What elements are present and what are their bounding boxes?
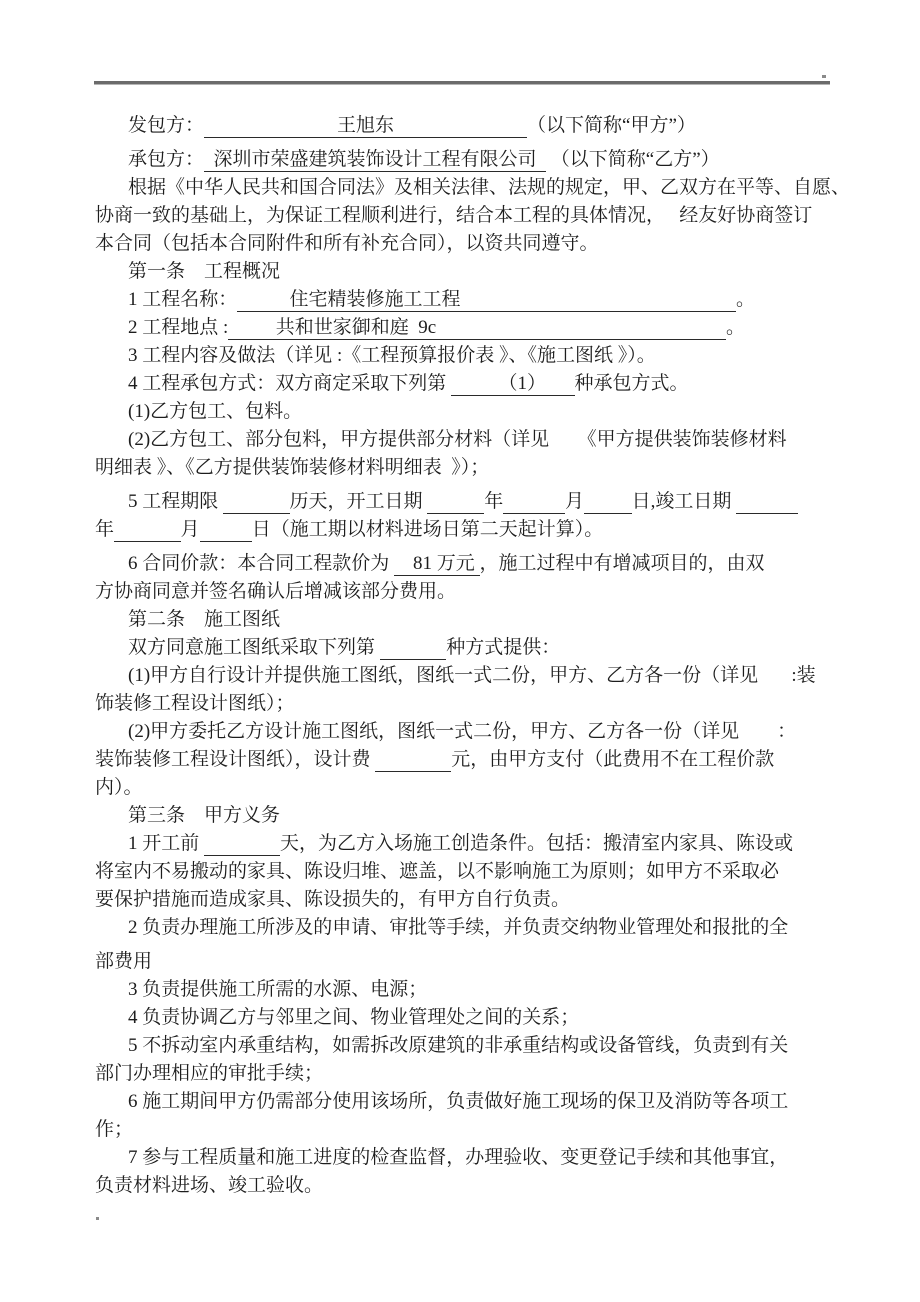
text-run: 4 负责协调乙方与邻里之间、物业管理处之间的关系； (128, 1007, 579, 1028)
underlined-field: 81 万元 (394, 553, 480, 576)
text-line: 方协商同意并签名确认后增减该部分费用。 (95, 578, 885, 606)
text-line: 根据《中华人民共和国合同法》及相关法律、法规的规定，甲、乙双方在平等、自愿、 (95, 174, 885, 202)
text-line: 发包方： 王旭东 （以下简称“甲方”） (95, 112, 885, 140)
text-line: (2)甲方委托乙方设计施工图纸，图纸一式二份，甲方、乙方各一份（详见 ： (95, 718, 885, 746)
text-line: 1 开工前 天，为乙方入场施工创造条件。包括：搬清室内家具、陈设或 (95, 830, 885, 858)
text-run: 月 (565, 491, 584, 512)
underlined-field (584, 491, 632, 514)
text-run: 将室内不易搬动的家具、陈设归堆、遮盖，以不影响施工为原则；如甲方不采取必 (95, 861, 779, 882)
text-run: 第二条 施工图纸 (128, 609, 280, 630)
text-run: (2)乙方包工、部分包料，甲方提供部分材料（详见 《甲方提供装饰装修材料 (128, 429, 787, 450)
underlined-field: 共和世家御和庭 9c (228, 317, 726, 340)
text-line: 内）。 (95, 774, 885, 802)
text-run: 月 (181, 519, 200, 540)
text-line: 部费用 (95, 948, 885, 976)
text-run: 5 工程期限 (128, 491, 223, 512)
underlined-field (375, 749, 451, 772)
text-run: 2 负责办理施工所涉及的申请、审批等手续，并负责交纳物业管理处和报批的全 (128, 917, 788, 938)
text-line: 2 工程地点 : 共和世家御和庭 9c 。 (95, 314, 885, 342)
text-line: 协商一致的基础上，为保证工程顺利进行，结合本工程的具体情况， 经友好协商签订 (95, 202, 885, 230)
text-line: 部门办理相应的审批手续； (95, 1060, 885, 1088)
text-run: 。 (726, 317, 745, 338)
text-run: (1)甲方自行设计并提供施工图纸，图纸一式二份，甲方、乙方各一份（详见 :装 (128, 665, 816, 686)
underlined-field: 住宅精装修施工工程 (237, 289, 736, 312)
text-run: 承包方： (128, 149, 204, 170)
text-run: 种承包方式。 (575, 373, 689, 394)
text-run: 2 工程地点 : (128, 317, 228, 338)
text-run: 第一条 工程概况 (128, 261, 280, 282)
text-line: 将室内不易搬动的家具、陈设归堆、遮盖，以不影响施工为原则；如甲方不采取必 (95, 858, 885, 886)
text-line: 第三条 甲方义务 (95, 802, 885, 830)
text-line: 作； (95, 1116, 885, 1144)
text-line: 要保护措施而造成家具、陈设损失的，有甲方自行负责。 (95, 886, 885, 914)
text-run: 元，由甲方支付（此费用不在工程价款 (451, 749, 774, 770)
text-run: 3 负责提供施工所需的水源、电源； (128, 979, 427, 1000)
text-run: 双方同意施工图纸采取下列第 (128, 637, 380, 658)
text-line: 4 工程承包方式：双方商定采取下列第 （1） 种承包方式。 (95, 370, 885, 398)
underlined-field: 深圳市荣盛建筑装饰设计工程有限公司 (204, 149, 546, 172)
text-line: 本合同（包括本合同附件和所有补充合同），以资共同遵守。 (95, 230, 885, 258)
text-line: 明细表 》、《乙方提供装饰装修材料明细表 》）； (95, 454, 885, 482)
text-line: 6 施工期间甲方仍需部分使用该场所，负责做好施工现场的保卫及消防等各项工 (95, 1088, 885, 1116)
text-run: 7 参与工程质量和施工进度的检查监督，办理验收、变更登记手续和其他事宜， (128, 1147, 788, 1168)
text-run: ，施工过程中有增减项目的，由双 (480, 553, 765, 574)
text-run: 4 工程承包方式：双方商定采取下列第 (128, 373, 451, 394)
contract-document-page: 发包方： 王旭东 （以下简称“甲方”）承包方： 深圳市荣盛建筑装饰设计工程有限公… (0, 0, 920, 1302)
text-run: 发包方： (128, 115, 204, 136)
text-line: 7 参与工程质量和施工进度的检查监督，办理验收、变更登记手续和其他事宜， (95, 1144, 885, 1172)
text-run: 本合同（包括本合同附件和所有补充合同），以资共同遵守。 (95, 233, 599, 254)
text-line: 年 月 日（施工期以材料进场日第二天起计算）。 (95, 516, 885, 544)
text-line: 负责材料进场、竣工验收。 (95, 1172, 885, 1200)
text-line: 双方同意施工图纸采取下列第 种方式提供： (95, 634, 885, 662)
underlined-field (223, 491, 290, 514)
text-run: 装饰装修工程设计图纸），设计费 (95, 749, 375, 770)
text-run: （以下简称“乙方”） (546, 149, 720, 170)
underlined-field (200, 519, 252, 542)
underlined-field (204, 833, 280, 856)
text-run: 方协商同意并签名确认后增减该部分费用。 (95, 581, 456, 602)
underlined-field (380, 637, 447, 660)
text-run: 历天，开工日期 (290, 491, 428, 512)
text-run: 5 不拆动室内承重结构，如需拆改原建筑的非承重结构或设备管线，负责到有关 (128, 1035, 788, 1056)
contract-body: 发包方： 王旭东 （以下简称“甲方”）承包方： 深圳市荣盛建筑装饰设计工程有限公… (95, 112, 885, 1200)
text-run: 负责材料进场、竣工验收。 (95, 1175, 323, 1196)
text-run: 6 合同价款：本合同工程款价为 (128, 553, 394, 574)
text-run: 年 (484, 491, 503, 512)
text-run: 部门办理相应的审批手续； (95, 1063, 323, 1084)
text-run: 6 施工期间甲方仍需部分使用该场所，负责做好施工现场的保卫及消防等各项工 (128, 1091, 788, 1112)
text-line: 3 负责提供施工所需的水源、电源； (95, 976, 885, 1004)
text-line: (1)乙方包工、包料。 (95, 398, 885, 426)
text-run: 1 开工前 (128, 833, 204, 854)
underlined-field: （1） (451, 373, 575, 396)
text-run: 明细表 》、《乙方提供装饰装修材料明细表 》）； (95, 457, 489, 478)
text-run: 天，为乙方入场施工创造条件。包括：搬清室内家具、陈设或 (280, 833, 793, 854)
text-run: 种方式提供： (446, 637, 560, 658)
underlined-field (736, 491, 798, 514)
text-line: 2 负责办理施工所涉及的申请、审批等手续，并负责交纳物业管理处和报批的全 (95, 914, 885, 942)
underlined-field (427, 491, 484, 514)
text-line: (1)甲方自行设计并提供施工图纸，图纸一式二份，甲方、乙方各一份（详见 :装 (95, 662, 885, 690)
text-run: （以下简称“甲方”） (527, 115, 696, 136)
text-run: 日,竣工日期 (632, 491, 737, 512)
text-line: 4 负责协调乙方与邻里之间、物业管理处之间的关系； (95, 1004, 885, 1032)
text-run: 日（施工期以材料进场日第二天起计算）。 (252, 519, 604, 540)
text-run: (1)乙方包工、包料。 (128, 401, 302, 422)
text-line: 装饰装修工程设计图纸），设计费 元，由甲方支付（此费用不在工程价款 (95, 746, 885, 774)
text-line: 5 不拆动室内承重结构，如需拆改原建筑的非承重结构或设备管线，负责到有关 (95, 1032, 885, 1060)
footer-mark-dot (96, 1217, 99, 1220)
header-rule (94, 81, 830, 85)
underlined-field (503, 491, 565, 514)
text-run: 3 工程内容及做法（详见 :《工程预算报价表 》、《施工图纸 》）。 (128, 345, 656, 366)
text-run: 第三条 甲方义务 (128, 805, 280, 826)
text-run: 内）。 (95, 777, 143, 798)
text-run: 饰装修工程设计图纸）； (95, 693, 295, 714)
text-run: 。 (736, 289, 755, 310)
text-line: 第一条 工程概况 (95, 258, 885, 286)
text-line: 1 工程名称： 住宅精装修施工工程 。 (95, 286, 885, 314)
text-line: 3 工程内容及做法（详见 :《工程预算报价表 》、《施工图纸 》）。 (95, 342, 885, 370)
text-run: 年 (95, 519, 114, 540)
text-run: 部费用 (95, 951, 152, 972)
text-run: 作； (95, 1119, 133, 1140)
text-line: 第二条 施工图纸 (95, 606, 885, 634)
text-run: (2)甲方委托乙方设计施工图纸，图纸一式二份，甲方、乙方各一份（详见 ： (128, 721, 796, 742)
text-line: 承包方： 深圳市荣盛建筑装饰设计工程有限公司 （以下简称“乙方”） (95, 146, 885, 174)
text-run: 协商一致的基础上，为保证工程顺利进行，结合本工程的具体情况， 经友好协商签订 (95, 205, 812, 226)
text-run: 根据《中华人民共和国合同法》及相关法律、法规的规定，甲、乙双方在平等、自愿、 (128, 177, 850, 198)
header-mark-dot (822, 75, 826, 78)
text-line: 5 工程期限 历天，开工日期 年 月 日,竣工日期 (95, 488, 885, 516)
underlined-field (114, 519, 181, 542)
text-line: 饰装修工程设计图纸）； (95, 690, 885, 718)
text-run: 1 工程名称： (128, 289, 237, 310)
text-run: 要保护措施而造成家具、陈设损失的，有甲方自行负责。 (95, 889, 570, 910)
text-line: (2)乙方包工、部分包料，甲方提供部分材料（详见 《甲方提供装饰装修材料 (95, 426, 885, 454)
underlined-field: 王旭东 (204, 115, 527, 138)
text-line: 6 合同价款：本合同工程款价为 81 万元 ，施工过程中有增减项目的，由双 (95, 550, 885, 578)
